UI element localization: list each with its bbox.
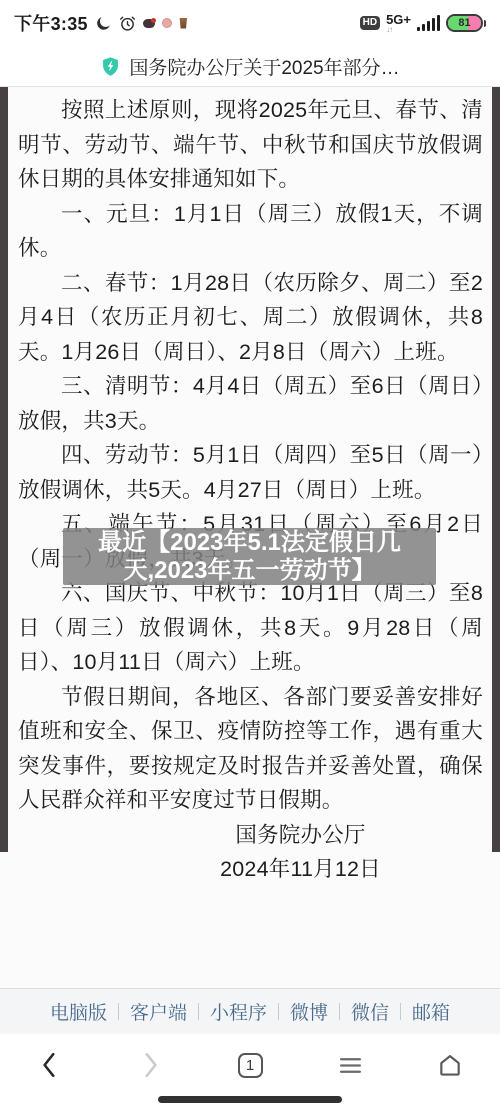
right-edge-strip	[492, 87, 500, 852]
notice-paragraph: 六、国庆节、中秋节：10月1日（周三）至8日（周三）放假调休，共8天。9月28日…	[18, 576, 483, 680]
tabs-button[interactable]: 1	[233, 1049, 267, 1081]
clock-time: 下午3:35	[14, 10, 88, 36]
notice-paragraph: 四、劳动节：5月1日（周四）至5日（周一）放假调休，共5天。4月27日（周日）上…	[18, 438, 483, 507]
footer-link-wechat[interactable]: 微信	[340, 998, 400, 1025]
notice-text: 按照上述原则，现将2025年元旦、春节、清明节、劳动节、端午节、中秋节和国庆节放…	[8, 87, 492, 887]
footer-link-mini-program[interactable]: 小程序	[199, 998, 278, 1025]
network-indicator: 5G+ ↓↑	[386, 13, 411, 34]
battery-icon: 81	[446, 14, 486, 32]
left-edge-strip	[0, 87, 8, 852]
footer-link-client-app[interactable]: 客户端	[119, 998, 198, 1025]
dual-sim-arrows-icon: ↓↑	[386, 26, 392, 34]
hd-volte-badge: HD	[360, 16, 380, 30]
alarm-clock-icon	[119, 15, 136, 32]
notice-paragraph: 一、元旦：1月1日（周三）放假1天，不调休。	[18, 197, 483, 266]
app-notification-icon-cup	[179, 18, 188, 29]
site-footer-links: 电脑版 客户端 小程序 微博 微信 邮箱	[0, 988, 500, 1034]
menu-button[interactable]	[333, 1049, 367, 1081]
network-type-label: 5G+	[386, 13, 411, 26]
issue-date: 2024年11月12日	[18, 852, 483, 887]
app-notification-icon-dark	[143, 19, 155, 28]
page-title-bar[interactable]: 国务院办公厅关于2025年部分…	[0, 46, 500, 87]
notice-paragraph: 三、清明节：4月4日（周五）至6日（周日）放假，共3天。	[18, 369, 483, 438]
footer-link-desktop-version[interactable]: 电脑版	[39, 998, 118, 1025]
footer-link-weibo[interactable]: 微博	[279, 998, 339, 1025]
notice-paragraph: 二、春节：1月28日（农历除夕、周二）至2月4日（农历正月初七、周二）放假调休，…	[18, 266, 483, 370]
back-button[interactable]	[33, 1049, 67, 1081]
page-title: 国务院办公厅关于2025年部分…	[129, 53, 399, 80]
home-button[interactable]	[433, 1049, 467, 1081]
moon-icon	[95, 15, 112, 32]
app-notification-icon-pink	[162, 18, 172, 28]
tab-count: 1	[238, 1053, 263, 1078]
footer-link-mail[interactable]: 邮箱	[401, 998, 461, 1025]
notice-paragraph: 按照上述原则，现将2025年元旦、春节、清明节、劳动节、端午节、中秋节和国庆节放…	[18, 93, 483, 197]
ad-overlay-caption[interactable]: 最近【2023年5.1法定假日几天,2023年五一劳动节】	[63, 528, 436, 585]
home-indicator-bar[interactable]	[158, 1096, 342, 1103]
notice-paragraph: 节假日期间，各地区、各部门要妥善安排好值班和安全、保卫、疫情防控等工作，遇有重大…	[18, 680, 483, 818]
battery-percentage: 81	[448, 17, 481, 29]
forward-button[interactable]	[133, 1049, 167, 1081]
issuer-signature: 国务院办公厅	[18, 818, 483, 853]
status-bar: 下午3:35 HD 5G+ ↓↑ 81	[0, 0, 500, 46]
security-shield-icon	[100, 56, 121, 77]
signal-strength-icon	[417, 15, 440, 31]
